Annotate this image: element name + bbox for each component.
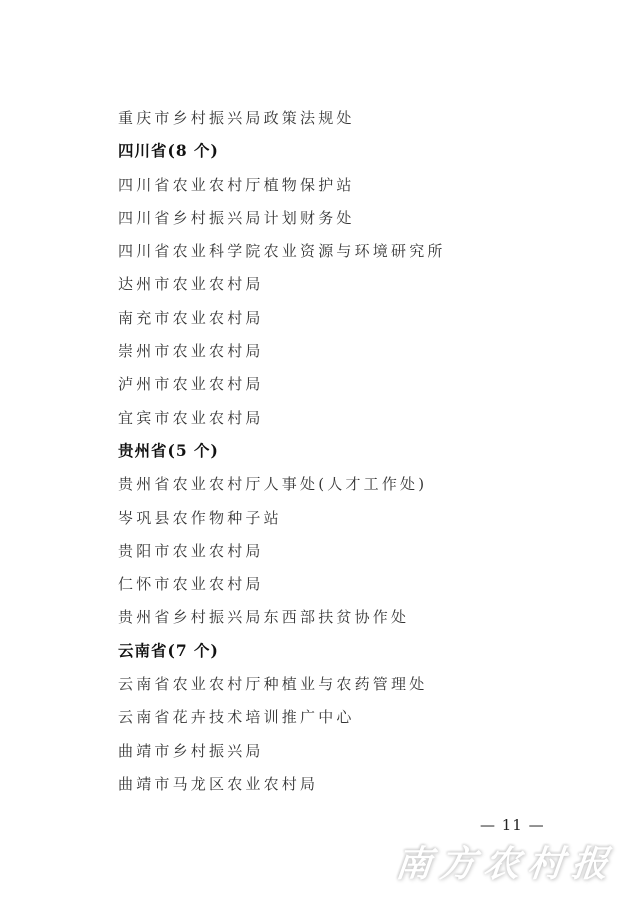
- list-item: 四川省农业科学院农业资源与环境研究所: [118, 237, 446, 270]
- province-heading-yunnan: 云南省(7 个): [118, 637, 446, 670]
- list-item: 仁怀市农业农村局: [118, 570, 446, 603]
- list-item: 宜宾市农业农村局: [118, 404, 446, 437]
- list-item: 重庆市乡村振兴局政策法规处: [118, 104, 446, 137]
- page-number: — 11 —: [480, 816, 545, 834]
- list-item: 南充市农业农村局: [118, 304, 446, 337]
- list-item: 曲靖市马龙区农业农村局: [118, 770, 446, 803]
- list-item: 岑巩县农作物种子站: [118, 504, 446, 537]
- list-item: 贵州省农业农村厅人事处(人才工作处): [118, 470, 446, 503]
- list-item: 云南省农业农村厅种植业与农药管理处: [118, 670, 446, 703]
- organization-list: 重庆市乡村振兴局政策法规处 四川省(8 个) 四川省农业农村厅植物保护站 四川省…: [118, 104, 446, 803]
- watermark: 南方农村报: [393, 836, 618, 887]
- list-item: 崇州市农业农村局: [118, 337, 446, 370]
- list-item: 四川省农业农村厅植物保护站: [118, 171, 446, 204]
- province-heading-guizhou: 贵州省(5 个): [118, 437, 446, 470]
- list-item: 四川省乡村振兴局计划财务处: [118, 204, 446, 237]
- province-heading-sichuan: 四川省(8 个): [118, 137, 446, 170]
- document-page: 重庆市乡村振兴局政策法规处 四川省(8 个) 四川省农业农村厅植物保护站 四川省…: [0, 0, 640, 905]
- list-item: 贵阳市农业农村局: [118, 537, 446, 570]
- list-item: 云南省花卉技术培训推广中心: [118, 703, 446, 736]
- list-item: 贵州省乡村振兴局东西部扶贫协作处: [118, 603, 446, 636]
- list-item: 曲靖市乡村振兴局: [118, 737, 446, 770]
- list-item: 泸州市农业农村局: [118, 370, 446, 403]
- list-item: 达州市农业农村局: [118, 270, 446, 303]
